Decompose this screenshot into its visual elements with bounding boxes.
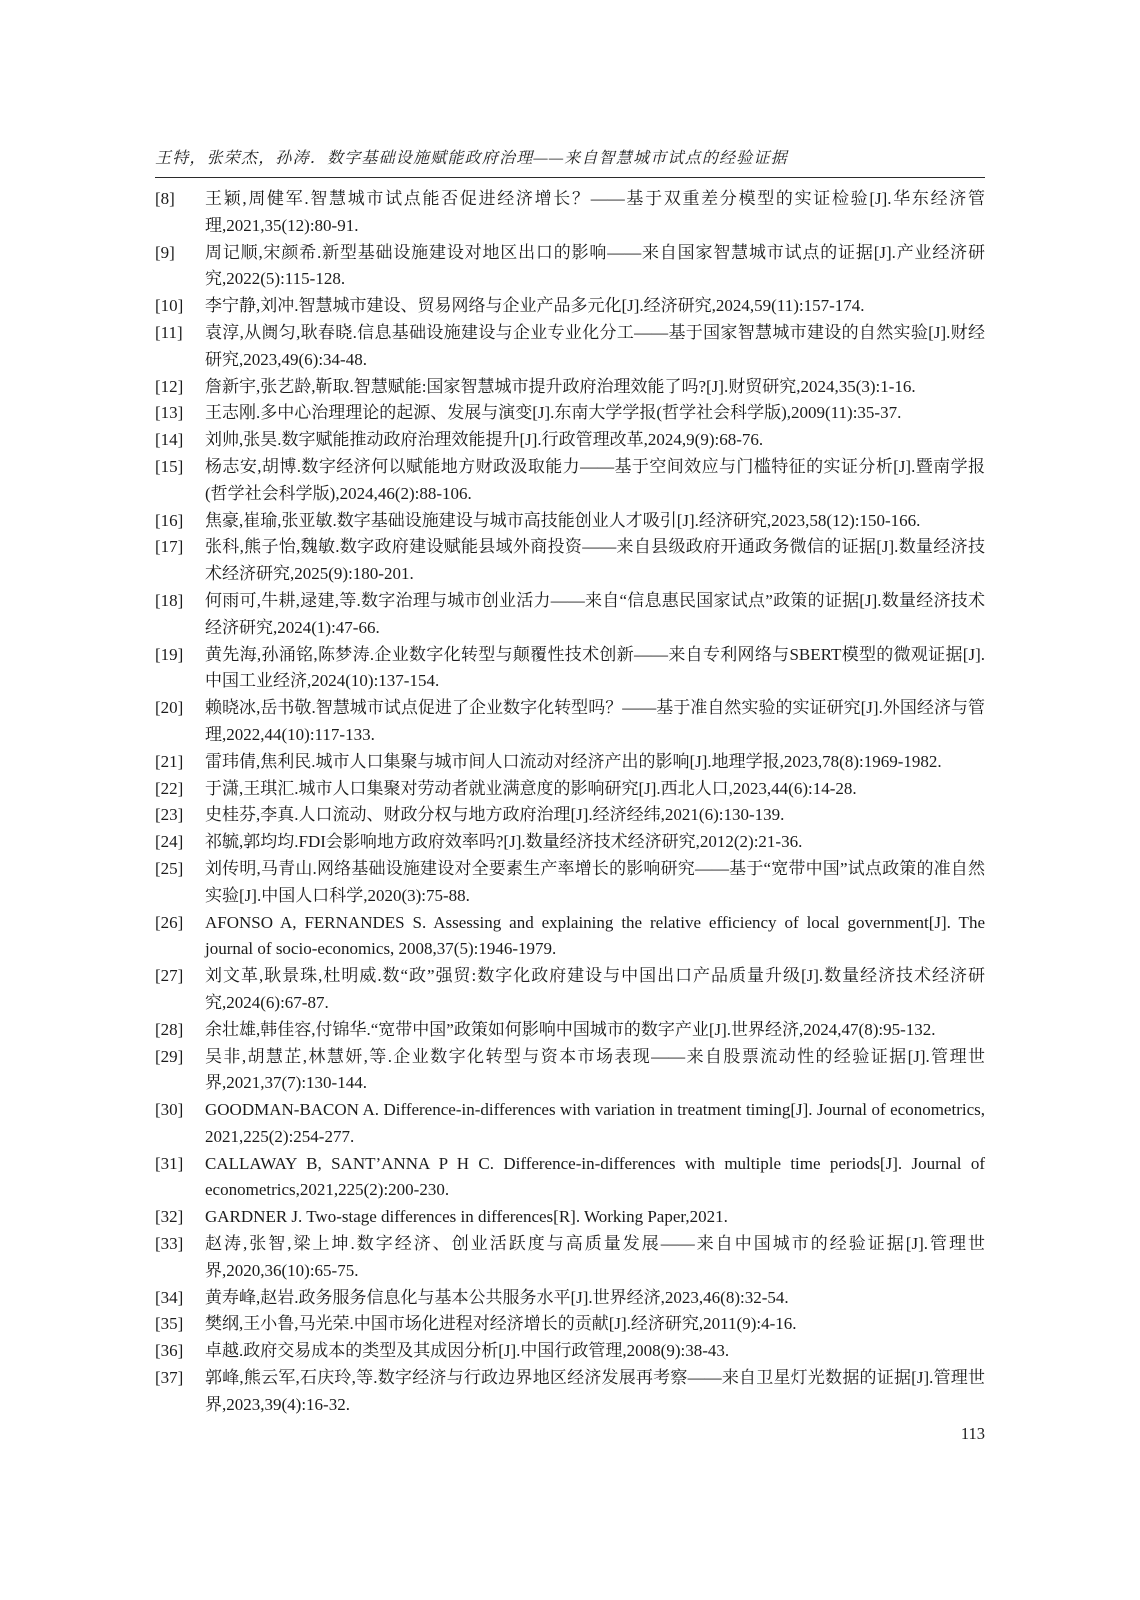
reference-number: [8] (155, 186, 205, 213)
reference-number: [14] (155, 427, 205, 454)
reference-item: [12]詹新宇,张艺龄,靳取.智慧赋能:国家智慧城市提升政府治理效能了吗?[J]… (155, 374, 985, 401)
reference-text: 刘帅,张昊.数字赋能推动政府治理效能提升[J].行政管理改革,2024,9(9)… (205, 427, 985, 454)
reference-item: [8]王颖,周健军.智慧城市试点能否促进经济增长？——基于双重差分模型的实证检验… (155, 186, 985, 240)
reference-number: [27] (155, 963, 205, 990)
reference-number: [28] (155, 1017, 205, 1044)
reference-item: [35]樊纲,王小鲁,马光荣.中国市场化进程对经济增长的贡献[J].经济研究,2… (155, 1311, 985, 1338)
reference-text: 焦豪,崔瑜,张亚敏.数字基础设施建设与城市高技能创业人才吸引[J].经济研究,2… (205, 508, 985, 535)
reference-number: [33] (155, 1231, 205, 1258)
reference-number: [17] (155, 534, 205, 561)
reference-list: [8]王颖,周健军.智慧城市试点能否促进经济增长？——基于双重差分模型的实证检验… (155, 186, 985, 1419)
reference-text: 黄先海,孙涌铭,陈梦涛.企业数字化转型与颠覆性技术创新——来自专利网络与SBER… (205, 642, 985, 696)
reference-text: 何雨可,牛耕,逯建,等.数字治理与城市创业活力——来自“信息惠民国家试点”政策的… (205, 588, 985, 642)
reference-item: [37]郭峰,熊云军,石庆玲,等.数字经济与行政边界地区经济发展再考察——来自卫… (155, 1365, 985, 1419)
reference-number: [12] (155, 374, 205, 401)
reference-item: [9]周记顺,宋颜希.新型基础设施建设对地区出口的影响——来自国家智慧城市试点的… (155, 240, 985, 294)
reference-text: 祁毓,郭均均.FDI会影响地方政府效率吗?[J].数量经济技术经济研究,2012… (205, 829, 985, 856)
reference-item: [18]何雨可,牛耕,逯建,等.数字治理与城市创业活力——来自“信息惠民国家试点… (155, 588, 985, 642)
reference-item: [28]余壮雄,韩佳容,付锦华.“宽带中国”政策如何影响中国城市的数字产业[J]… (155, 1017, 985, 1044)
reference-number: [37] (155, 1365, 205, 1392)
reference-item: [33]赵涛,张智,梁上坤.数字经济、创业活跃度与高质量发展——来自中国城市的经… (155, 1231, 985, 1285)
reference-number: [34] (155, 1285, 205, 1312)
reference-text: GOODMAN-BACON A. Difference-in-differenc… (205, 1097, 985, 1151)
reference-item: [27]刘文革,耿景珠,杜明威.数“政”强贸:数字化政府建设与中国出口产品质量升… (155, 963, 985, 1017)
reference-item: [10]李宁静,刘冲.智慧城市建设、贸易网络与企业产品多元化[J].经济研究,2… (155, 293, 985, 320)
reference-item: [31]CALLAWAY B, SANT’ANNA P H C. Differe… (155, 1151, 985, 1205)
reference-text: 杨志安,胡博.数字经济何以赋能地方财政汲取能力——基于空间效应与门槛特征的实证分… (205, 454, 985, 508)
reference-text: AFONSO A, FERNANDES S. Assessing and exp… (205, 910, 985, 964)
reference-item: [36]卓越.政府交易成本的类型及其成因分析[J].中国行政管理,2008(9)… (155, 1338, 985, 1365)
reference-number: [18] (155, 588, 205, 615)
reference-text: 周记顺,宋颜希.新型基础设施建设对地区出口的影响——来自国家智慧城市试点的证据[… (205, 240, 985, 294)
reference-text: 卓越.政府交易成本的类型及其成因分析[J].中国行政管理,2008(9):38-… (205, 1338, 985, 1365)
reference-text: 郭峰,熊云军,石庆玲,等.数字经济与行政边界地区经济发展再考察——来自卫星灯光数… (205, 1365, 985, 1419)
reference-number: [30] (155, 1097, 205, 1124)
reference-number: [16] (155, 508, 205, 535)
reference-item: [15]杨志安,胡博.数字经济何以赋能地方财政汲取能力——基于空间效应与门槛特征… (155, 454, 985, 508)
reference-item: [16]焦豪,崔瑜,张亚敏.数字基础设施建设与城市高技能创业人才吸引[J].经济… (155, 508, 985, 535)
reference-text: 樊纲,王小鲁,马光荣.中国市场化进程对经济增长的贡献[J].经济研究,2011(… (205, 1311, 985, 1338)
reference-number: [29] (155, 1044, 205, 1071)
reference-text: GARDNER J. Two-stage differences in diff… (205, 1204, 985, 1231)
reference-number: [10] (155, 293, 205, 320)
reference-item: [22]于潇,王琪汇.城市人口集聚对劳动者就业满意度的影响研究[J].西北人口,… (155, 776, 985, 803)
reference-text: 赖晓冰,岳书敬.智慧城市试点促进了企业数字化转型吗？——基于准自然实验的实证研究… (205, 695, 985, 749)
reference-item: [21]雷玮倩,焦利民.城市人口集聚与城市间人口流动对经济产出的影响[J].地理… (155, 749, 985, 776)
reference-text: 刘传明,马青山.网络基础设施建设对全要素生产率增长的影响研究——基于“宽带中国”… (205, 856, 985, 910)
reference-item: [25]刘传明,马青山.网络基础设施建设对全要素生产率增长的影响研究——基于“宽… (155, 856, 985, 910)
reference-number: [11] (155, 320, 205, 347)
reference-number: [31] (155, 1151, 205, 1178)
running-header: 王特，张荣杰，孙涛．数字基础设施赋能政府治理——来自智慧城市试点的经验证据 (155, 145, 985, 168)
reference-text: 史桂芬,李真.人口流动、财政分权与地方政府治理[J].经济经纬,2021(6):… (205, 802, 985, 829)
reference-text: 刘文革,耿景珠,杜明威.数“政”强贸:数字化政府建设与中国出口产品质量升级[J]… (205, 963, 985, 1017)
reference-item: [29]吴非,胡慧芷,林慧妍,等.企业数字化转型与资本市场表现——来自股票流动性… (155, 1044, 985, 1098)
reference-number: [23] (155, 802, 205, 829)
page-number: 113 (155, 1424, 985, 1444)
reference-number: [24] (155, 829, 205, 856)
reference-number: [9] (155, 240, 205, 267)
reference-text: 王志刚.多中心治理理论的起源、发展与演变[J].东南大学学报(哲学社会科学版),… (205, 400, 985, 427)
reference-text: 袁淳,从阓匀,耿春晓.信息基础设施建设与企业专业化分工——基于国家智慧城市建设的… (205, 320, 985, 374)
reference-number: [20] (155, 695, 205, 722)
reference-text: 吴非,胡慧芷,林慧妍,等.企业数字化转型与资本市场表现——来自股票流动性的经验证… (205, 1044, 985, 1098)
reference-item: [30]GOODMAN-BACON A. Difference-in-diffe… (155, 1097, 985, 1151)
reference-text: 黄寿峰,赵岩.政务服务信息化与基本公共服务水平[J].世界经济,2023,46(… (205, 1285, 985, 1312)
reference-number: [32] (155, 1204, 205, 1231)
reference-item: [32]GARDNER J. Two-stage differences in … (155, 1204, 985, 1231)
reference-number: [21] (155, 749, 205, 776)
reference-item: [17]张科,熊子怡,魏敏.数字政府建设赋能县域外商投资——来自县级政府开通政务… (155, 534, 985, 588)
reference-item: [19]黄先海,孙涌铭,陈梦涛.企业数字化转型与颠覆性技术创新——来自专利网络与… (155, 642, 985, 696)
reference-text: 王颖,周健军.智慧城市试点能否促进经济增长？——基于双重差分模型的实证检验[J]… (205, 186, 985, 240)
reference-text: 雷玮倩,焦利民.城市人口集聚与城市间人口流动对经济产出的影响[J].地理学报,2… (205, 749, 985, 776)
reference-item: [23]史桂芬,李真.人口流动、财政分权与地方政府治理[J].经济经纬,2021… (155, 802, 985, 829)
reference-number: [36] (155, 1338, 205, 1365)
reference-number: [13] (155, 400, 205, 427)
reference-number: [15] (155, 454, 205, 481)
reference-number: [26] (155, 910, 205, 937)
reference-item: [24]祁毓,郭均均.FDI会影响地方政府效率吗?[J].数量经济技术经济研究,… (155, 829, 985, 856)
reference-item: [26]AFONSO A, FERNANDES S. Assessing and… (155, 910, 985, 964)
reference-text: 张科,熊子怡,魏敏.数字政府建设赋能县域外商投资——来自县级政府开通政务微信的证… (205, 534, 985, 588)
reference-item: [13]王志刚.多中心治理理论的起源、发展与演变[J].东南大学学报(哲学社会科… (155, 400, 985, 427)
reference-text: 余壮雄,韩佳容,付锦华.“宽带中国”政策如何影响中国城市的数字产业[J].世界经… (205, 1017, 985, 1044)
reference-item: [20]赖晓冰,岳书敬.智慧城市试点促进了企业数字化转型吗？——基于准自然实验的… (155, 695, 985, 749)
reference-text: CALLAWAY B, SANT’ANNA P H C. Difference-… (205, 1151, 985, 1205)
reference-text: 詹新宇,张艺龄,靳取.智慧赋能:国家智慧城市提升政府治理效能了吗?[J].财贸研… (205, 374, 985, 401)
reference-text: 赵涛,张智,梁上坤.数字经济、创业活跃度与高质量发展——来自中国城市的经验证据[… (205, 1231, 985, 1285)
reference-number: [35] (155, 1311, 205, 1338)
reference-text: 于潇,王琪汇.城市人口集聚对劳动者就业满意度的影响研究[J].西北人口,2023… (205, 776, 985, 803)
reference-number: [22] (155, 776, 205, 803)
reference-item: [11]袁淳,从阓匀,耿春晓.信息基础设施建设与企业专业化分工——基于国家智慧城… (155, 320, 985, 374)
reference-text: 李宁静,刘冲.智慧城市建设、贸易网络与企业产品多元化[J].经济研究,2024,… (205, 293, 985, 320)
header-rule (155, 177, 985, 178)
reference-number: [19] (155, 642, 205, 669)
reference-number: [25] (155, 856, 205, 883)
reference-item: [34]黄寿峰,赵岩.政务服务信息化与基本公共服务水平[J].世界经济,2023… (155, 1285, 985, 1312)
document-page: 王特，张荣杰，孙涛．数字基础设施赋能政府治理——来自智慧城市试点的经验证据 [8… (0, 0, 1140, 1600)
reference-item: [14]刘帅,张昊.数字赋能推动政府治理效能提升[J].行政管理改革,2024,… (155, 427, 985, 454)
